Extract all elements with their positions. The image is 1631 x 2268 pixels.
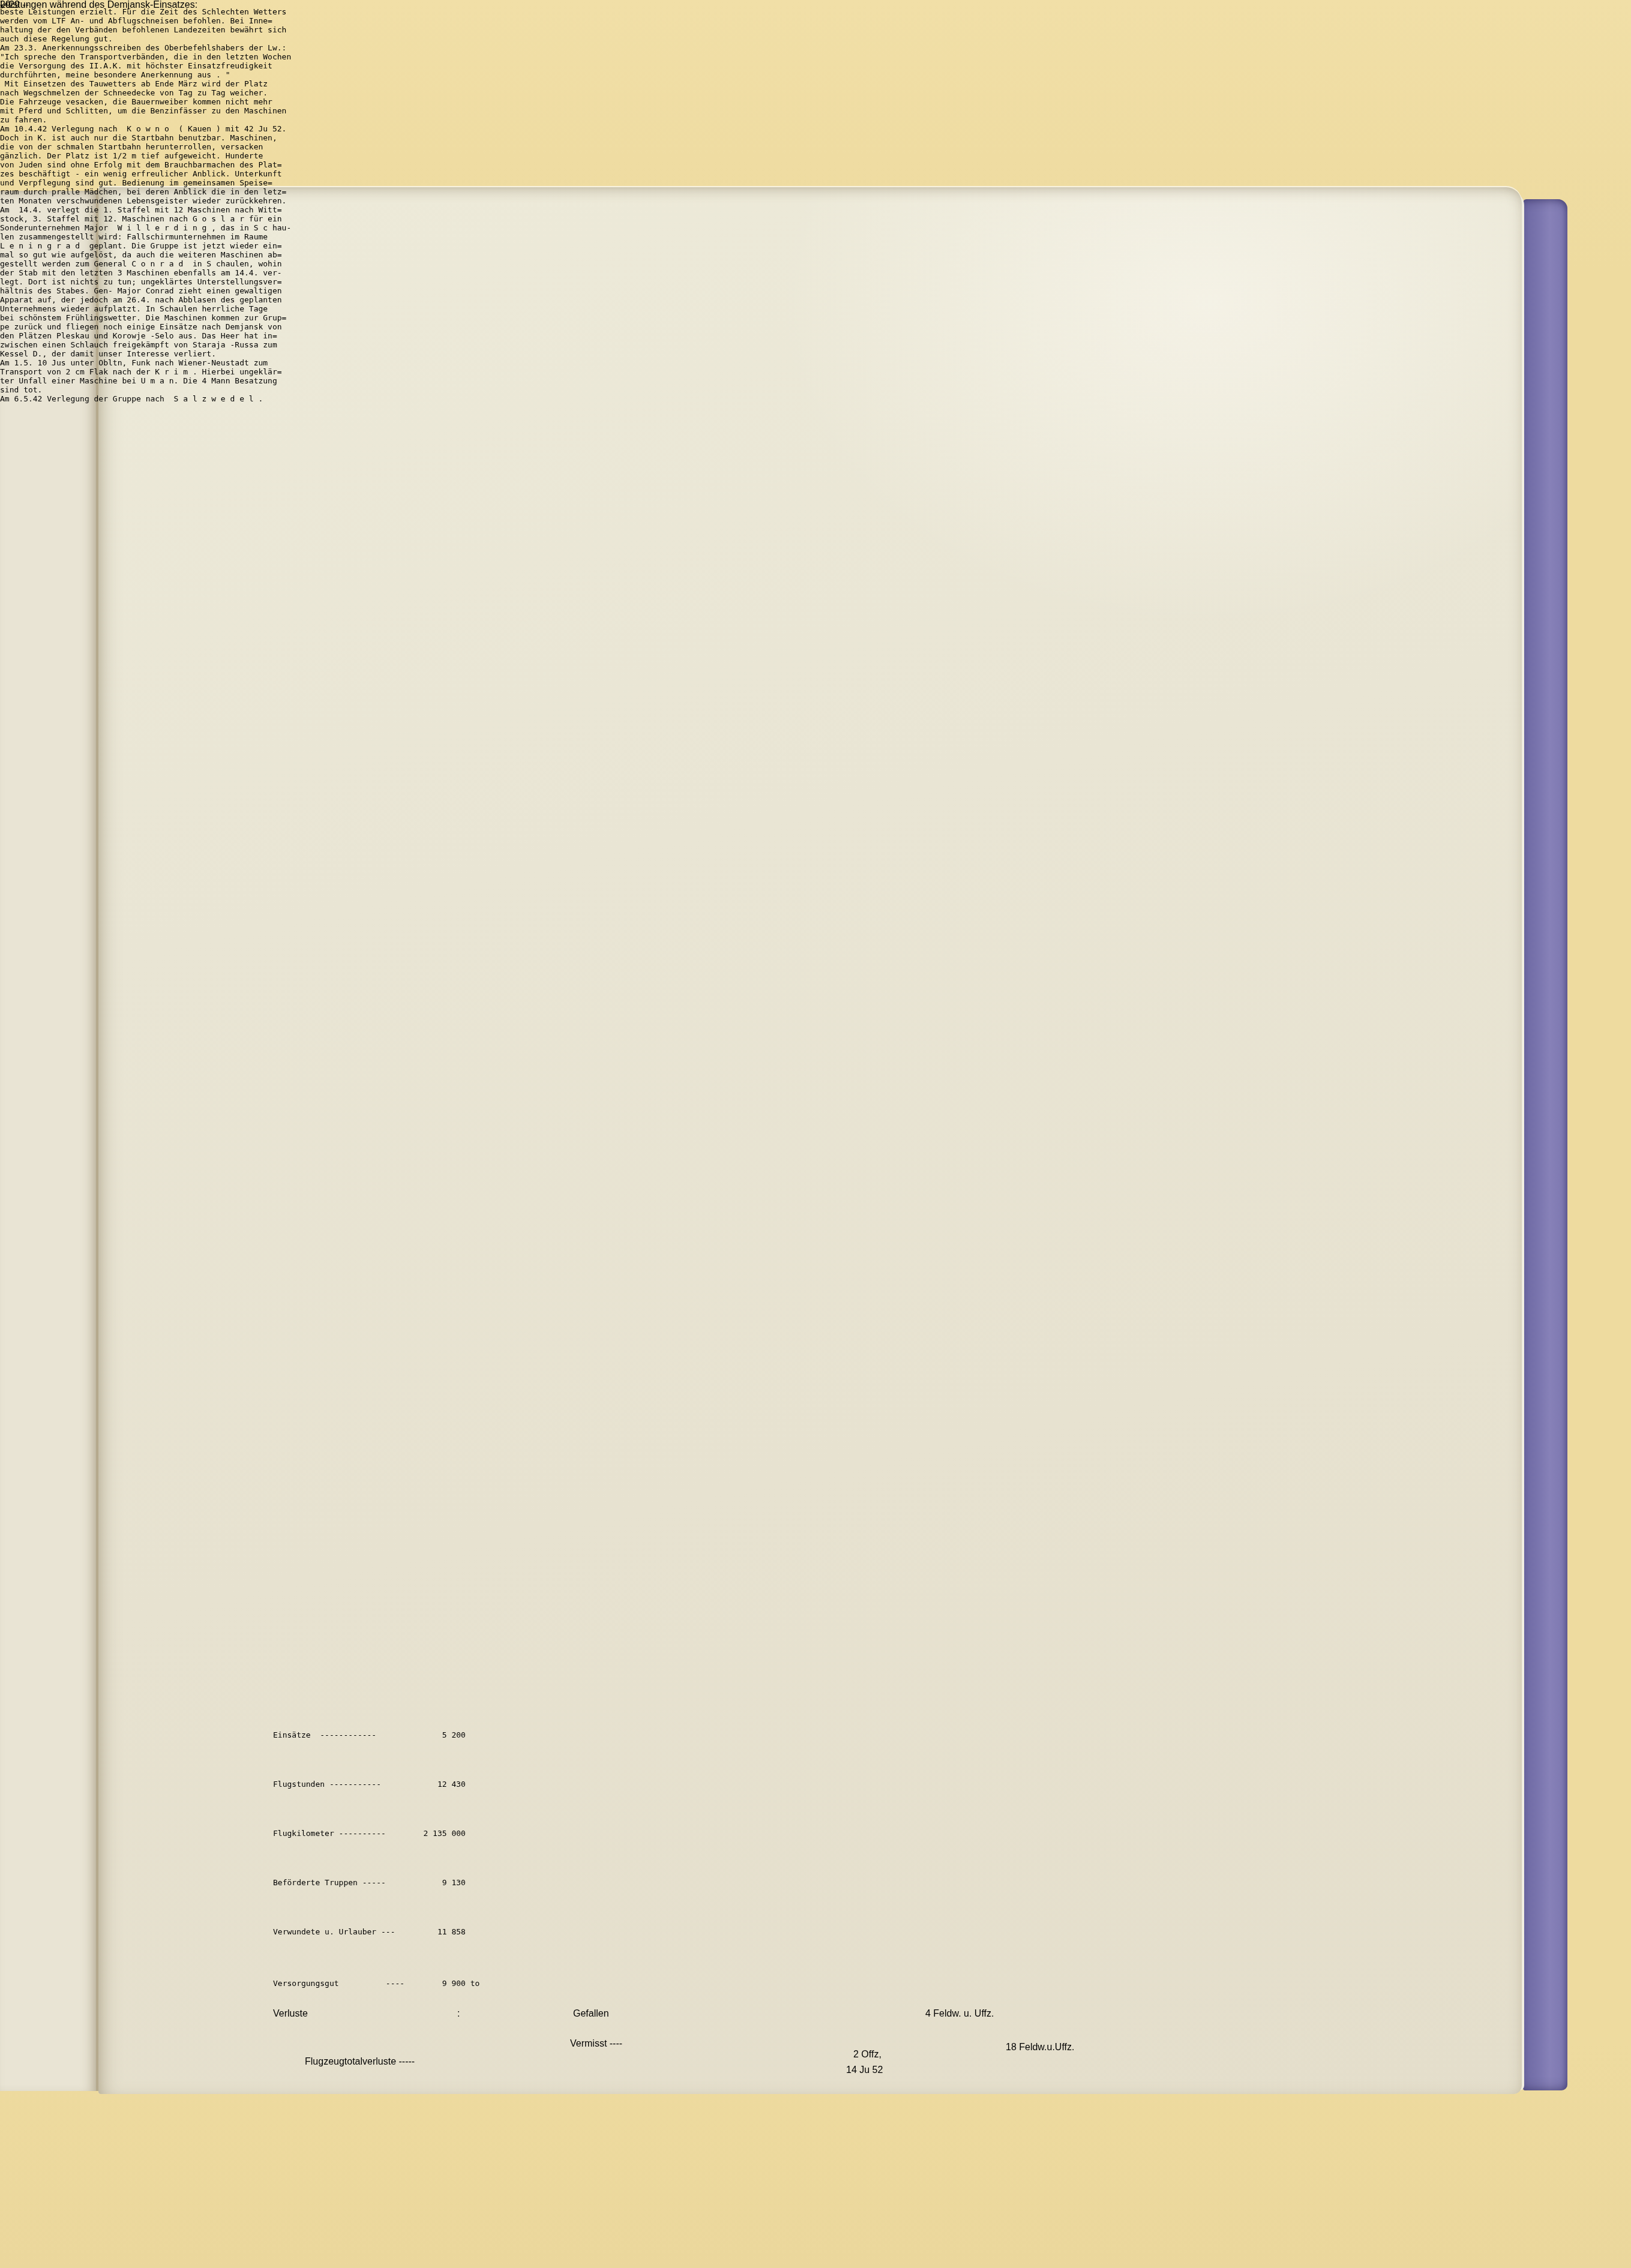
stat-row-verwundete-urlauber: Verwundete u. Urlauber --- 11 858: [273, 1928, 466, 1937]
stat-row-befoerderte-truppen: Beförderte Truppen ----- 9 130: [273, 1879, 466, 1888]
stat-row-flugstunden: Flugstunden ----------- 12 430: [273, 1780, 466, 1789]
losses-colon: :: [457, 2009, 460, 2020]
binder-cover-strip: [1523, 199, 1567, 2090]
stat-row-versorgungsgut: Versorgungsgut ---- 9 900 to: [273, 1979, 479, 1988]
stat-row-flugkilometer: Flugkilometer ---------- 2 135 000: [273, 1829, 466, 1838]
losses-vermisst-label: Vermisst ----: [570, 2039, 622, 2050]
stats-heading: Leistungen während des Demjansk-Einsatze…: [0, 0, 197, 11]
losses-label-text: Verluste: [273, 2009, 308, 2019]
losses-label: Verluste: [273, 2009, 308, 2020]
document-page: [98, 187, 1522, 2094]
losses-gefallen-label: Gefallen: [573, 2009, 609, 2020]
losses-vermisst-value-1: 2 Offz,: [853, 2050, 882, 2060]
stats-heading-text: Leistungen während des Demjansk-Einsatze…: [0, 0, 197, 10]
losses-vermisst-value-2: 18 Feldw.u.Uffz.: [1006, 2042, 1074, 2053]
stat-row-einsaetze: Einsätze ------------ 5 200: [273, 1731, 466, 1740]
under-page-edge: [0, 191, 98, 2091]
losses-total-value: 14 Ju 52: [846, 2065, 883, 2076]
losses-gefallen-value: 4 Feldw. u. Uffz.: [925, 2009, 994, 2020]
document-text: beste Leistungen erzielt. Für die Zeit d…: [0, 8, 291, 404]
losses-total-label: Flugzeugtotalverluste -----: [305, 2057, 415, 2068]
document-photo: 29 -- 29 -- beste Leistungen erzielt. Fü…: [0, 0, 1631, 2268]
